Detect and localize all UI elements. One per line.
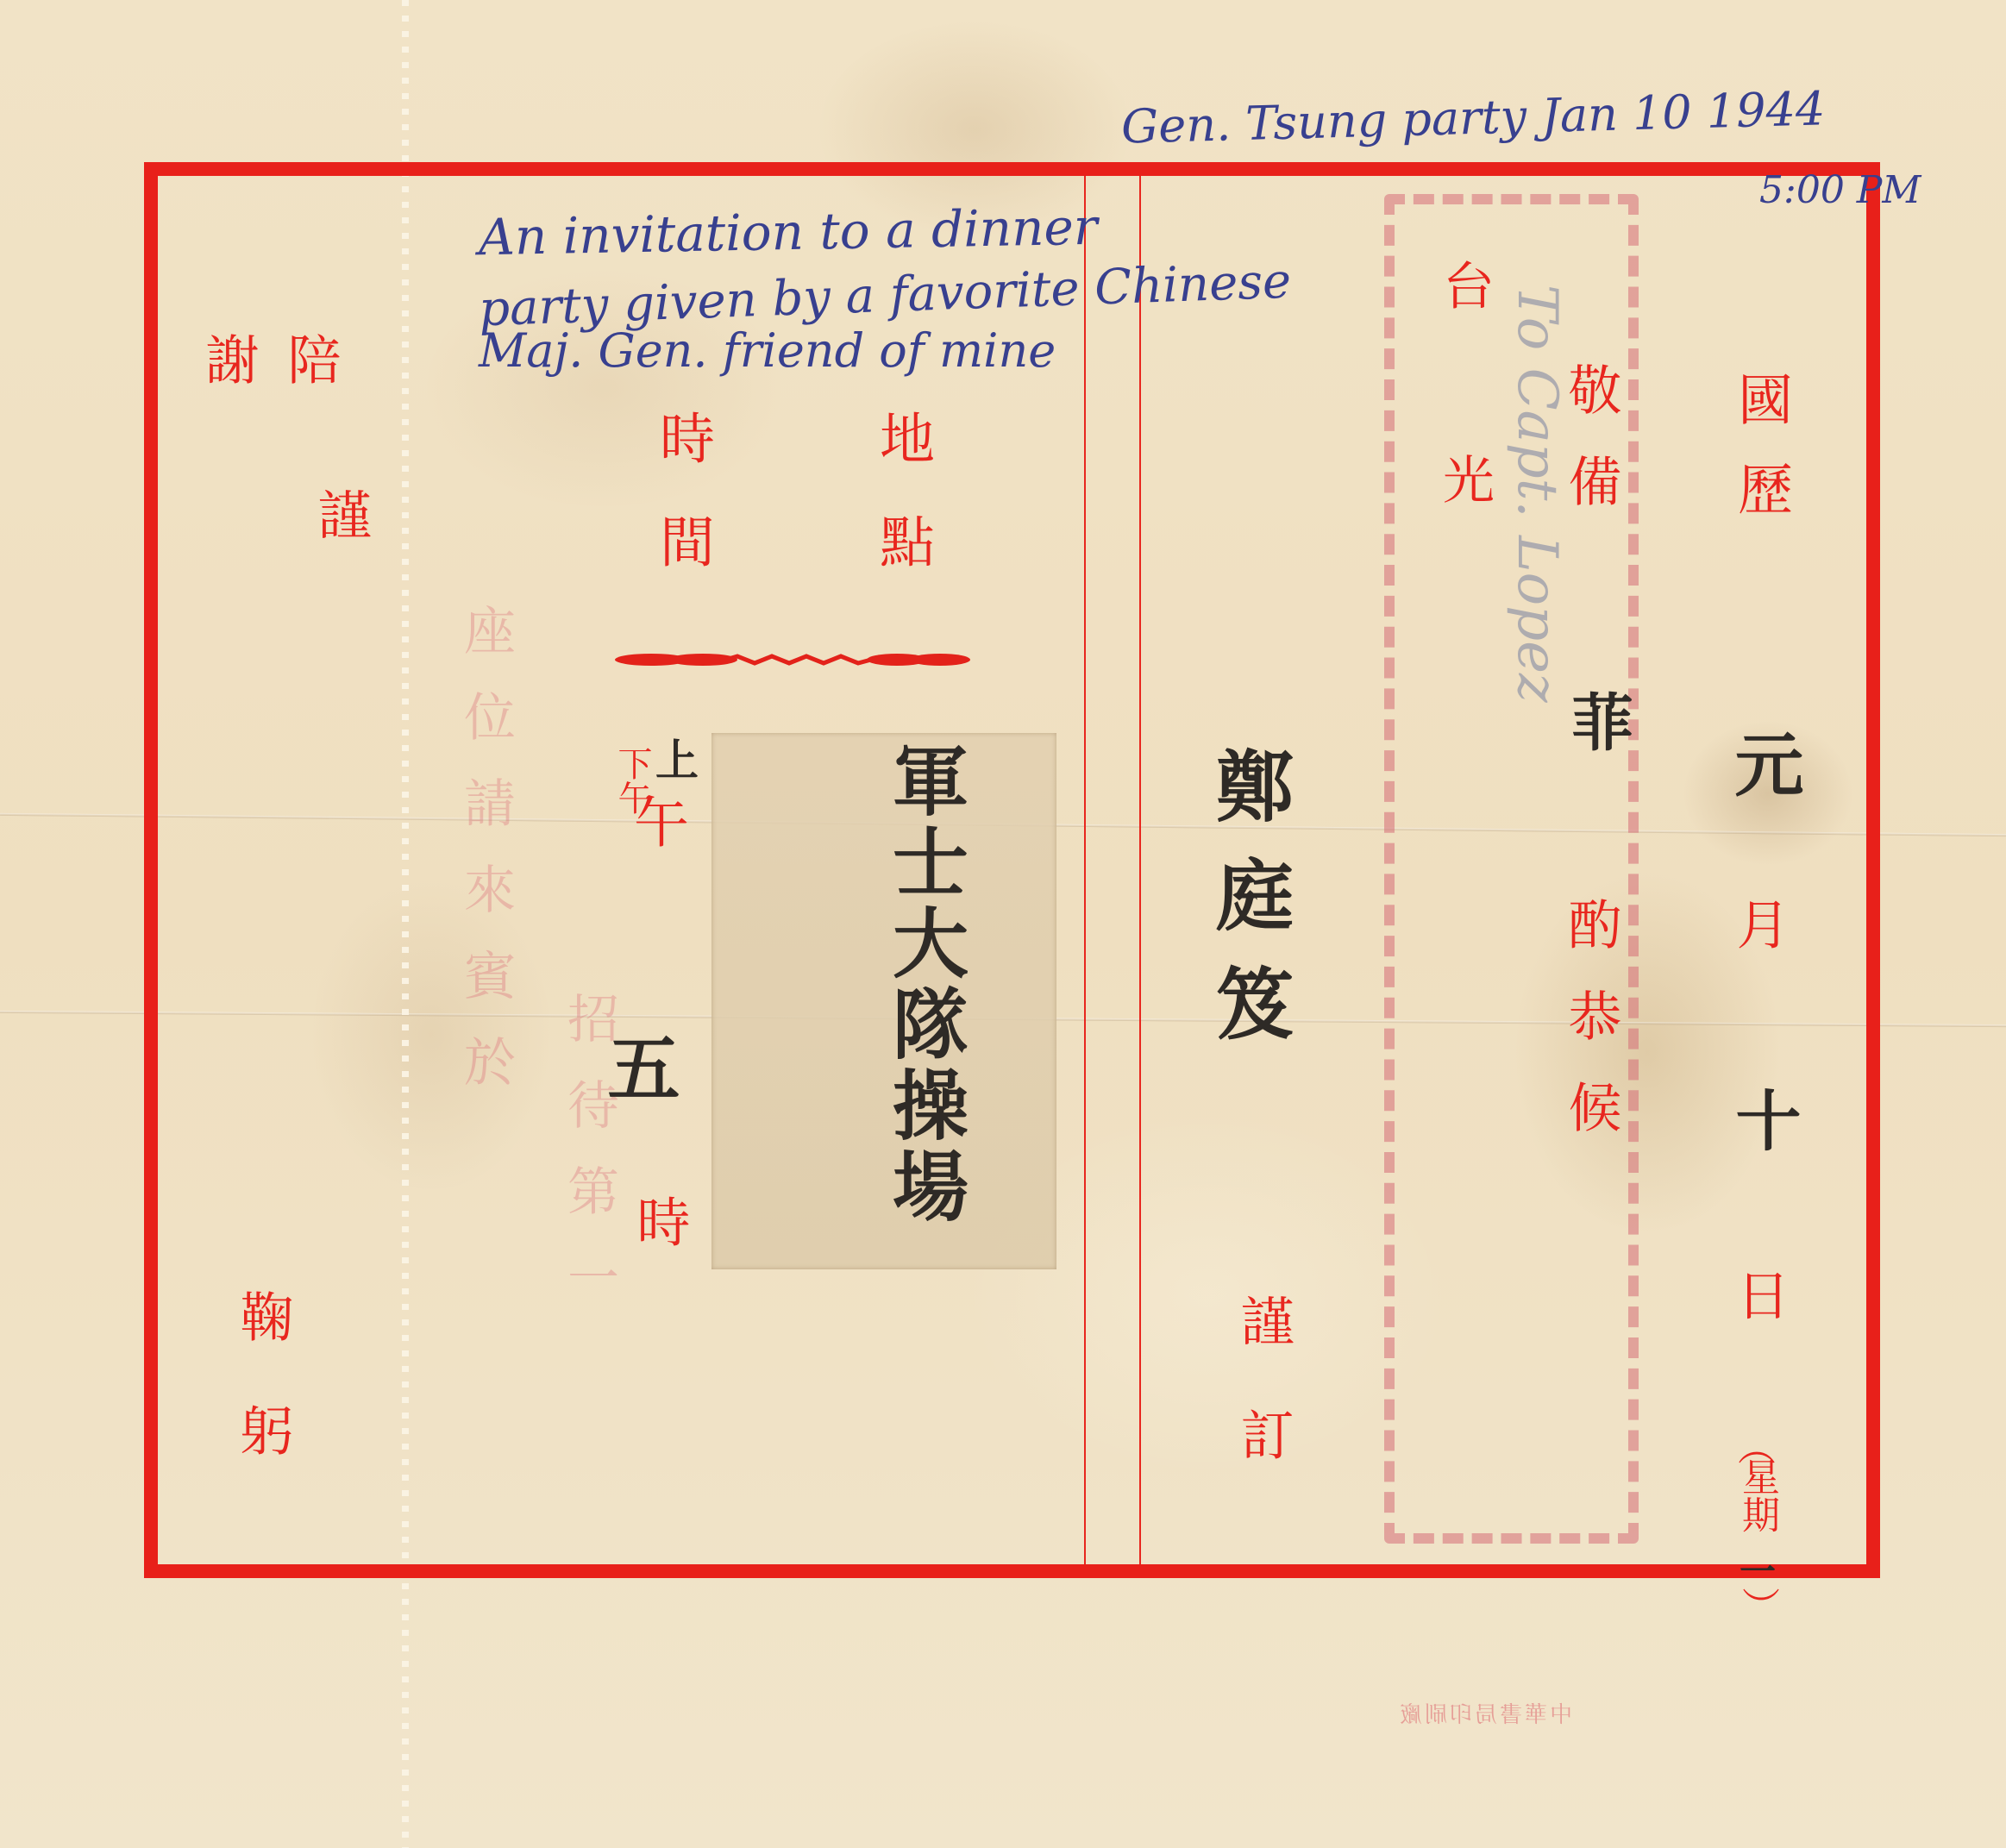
time-period-2: 午 <box>617 793 696 849</box>
day-value: 十 <box>1716 1087 1810 1152</box>
time-unit: 時 <box>621 1194 698 1248</box>
bleed-through-text: 座位請來賓於 <box>448 604 523 1121</box>
weekday-value: 一 <box>1729 1552 1781 1588</box>
month-value: 元 <box>1715 729 1814 798</box>
invitation-line2: 酌恭候 <box>1552 897 1629 1171</box>
reply-stub-line2: 謹 <box>302 487 379 541</box>
addressee-char-2: 光 <box>1427 453 1501 504</box>
month-label: 月 <box>1721 897 1797 950</box>
time-hour: 五 <box>586 1030 691 1103</box>
column-rule-left <box>1084 176 1086 1564</box>
time-label: 時間 <box>643 410 722 617</box>
description-line1: An invitation to a dinner <box>478 197 1098 267</box>
description-line3: Maj. Gen. friend of mine <box>479 323 1056 378</box>
weekday-label: 星期 <box>1729 1457 1784 1533</box>
addressee-char-1: 台 <box>1427 259 1501 310</box>
reply-stub-line4: 鞠躬 <box>224 1289 301 1517</box>
host-name: 鄭庭笈 <box>1192 746 1304 1072</box>
place-value: 軍士大隊操場 <box>871 742 980 1228</box>
place-label: 地點 <box>862 410 942 617</box>
host-closing: 謹訂 <box>1225 1294 1301 1521</box>
day-label: 日 <box>1721 1268 1797 1321</box>
era-label: 國歷 <box>1721 371 1800 550</box>
time-note: 5:00 PM <box>1759 168 1921 212</box>
reply-stub-line1: 陪 <box>272 332 348 385</box>
time-period-overwrite: 上 <box>643 737 705 780</box>
reply-stub-line3: 謝 <box>190 332 266 385</box>
column-rule-right <box>1139 176 1141 1564</box>
ornamental-divider <box>608 651 979 668</box>
weekday-close-paren: ） <box>1729 1587 1784 1625</box>
printer-mark: 中華書局印刷廠 <box>1397 1697 1572 1729</box>
pencil-note: To Capt. Lopez <box>1505 285 1569 703</box>
